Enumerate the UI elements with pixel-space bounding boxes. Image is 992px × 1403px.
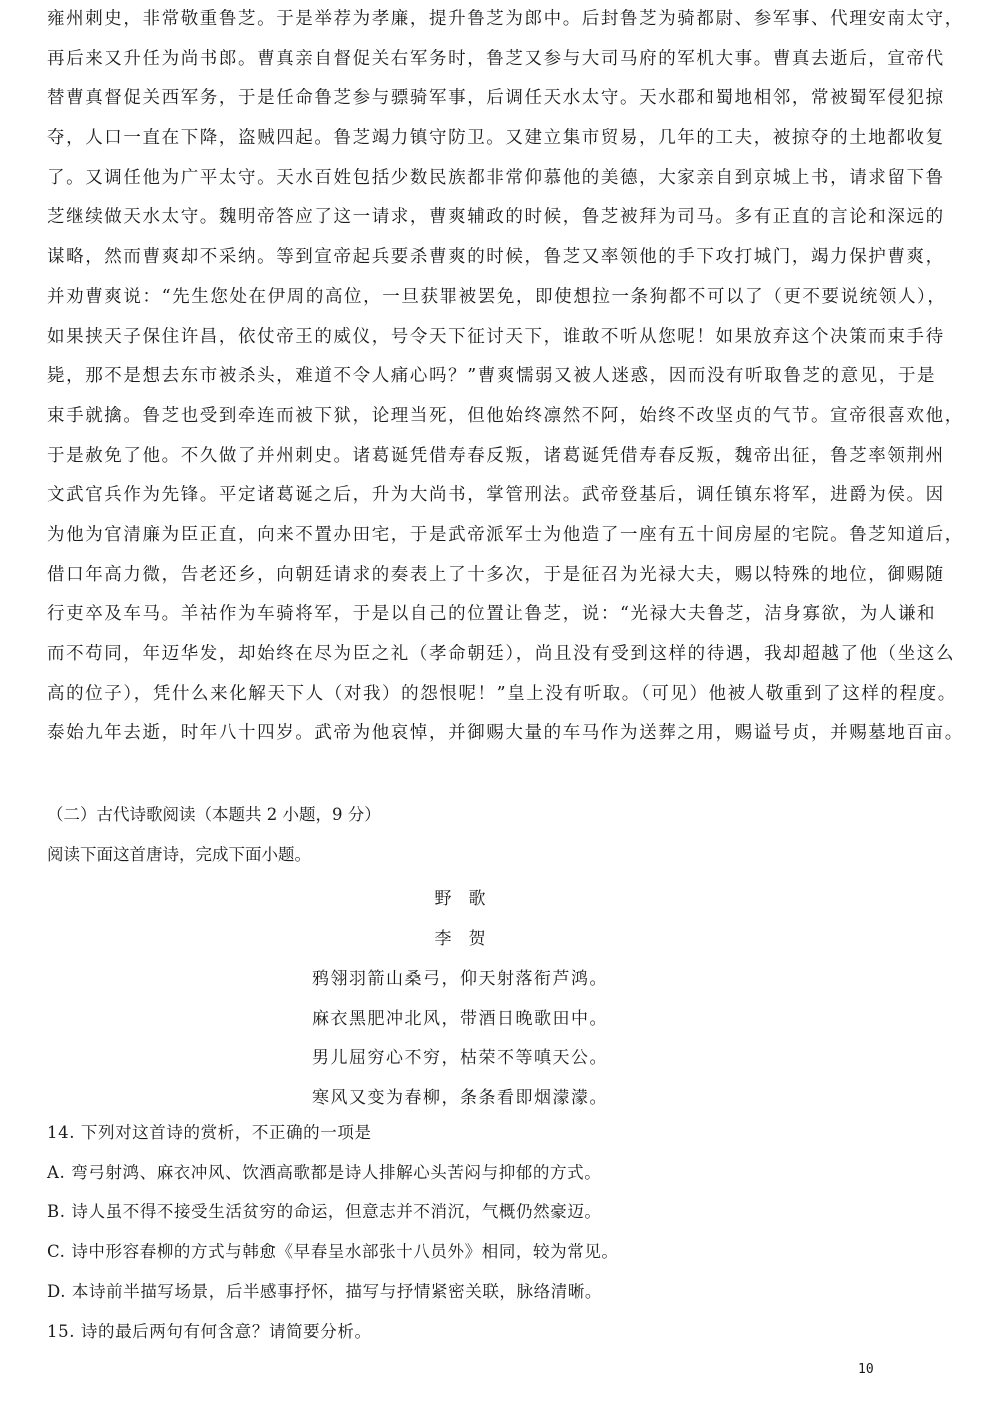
question-15-stem: 15. 诗的最后两句有何含意？请简要分析。 [47,1322,372,1342]
passage-line: 为他为官清廉为臣正直，向来不置办田宅，于是武帝派军士为他造了一座有五十间房屋的宅… [47,516,873,556]
question-14-option-d: D. 本诗前半描写场景，后半感事抒怀，描写与抒情紧密关联，脉络清晰。 [47,1282,602,1302]
passage-line: 夺，人口一直在下降，盗贼四起。鲁芝竭力镇守防卫。又建立集市贸易，几年的工夫，被掠… [47,119,873,159]
passage-line: 了。又调任他为广平太守。天水百姓包括少数民族都非常仰慕他的美德，大家亲自到京城上… [47,159,873,199]
poem-line: 鸦翎羽箭山桑弓，仰天射落衔芦鸿。 [0,964,920,989]
question-14-option-b: B. 诗人虽不得不接受生活贫穷的命运，但意志并不消沉，气概仍然豪迈。 [47,1202,602,1222]
passage-line: 于是赦免了他。不久做了并州刺史。诸葛诞凭借寿春反叛，诸葛诞凭借寿春反叛，魏帝出征… [47,437,873,477]
question-14-option-a: A. 弯弓射鸿、麻衣冲风、饮酒高歌都是诗人排解心头苦闷与抑郁的方式。 [47,1163,601,1183]
poem-title: 野 歌 [0,884,920,909]
poem-line: 男儿屈穷心不穷，枯荣不等嗔天公。 [0,1043,920,1068]
passage-line: 雍州刺史，非常敬重鲁芝。于是举荐为孝廉，提升鲁芝为郎中。后封鲁芝为骑都尉、参军事… [47,0,873,40]
question-14-option-c: C. 诗中形容春柳的方式与韩愈《早春呈水部张十八员外》相同，较为常见。 [47,1242,619,1262]
document-page: 雍州刺史，非常敬重鲁芝。于是举荐为孝廉，提升鲁芝为郎中。后封鲁芝为骑都尉、参军事… [0,0,992,1403]
page-number: 10 [858,1362,874,1377]
section-heading: （二）古代诗歌阅读（本题共 2 小题，9 分） [47,805,381,825]
section-instruction: 阅读下面这首唐诗，完成下面小题。 [47,845,311,865]
poem-line: 寒风又变为春柳，条条看即烟濛濛。 [0,1083,920,1108]
poem-line: 麻衣黑肥冲北风，带酒日晚歌田中。 [0,1004,920,1029]
passage-line: 泰始九年去逝，时年八十四岁。武帝为他哀悼，并御赐大量的车马作为送葬之用，赐谥号贞… [47,714,873,754]
passage-line: 如果挟天子保住许昌，依仗帝王的威仪，号令天下征讨天下，谁敢不听从您呢！如果放弃这… [47,318,873,358]
passage-line: 谋略，然而曹爽却不采纳。等到宣帝起兵要杀曹爽的时候，鲁芝又率领他的手下攻打城门，… [47,238,873,278]
passage-line: 行吏卒及车马。羊祜作为车骑将军，于是以自己的位置让鲁芝，说：“光禄大夫鲁芝，洁身… [47,595,873,635]
passage-line: 束手就擒。鲁芝也受到牵连而被下狱，论理当死，但他始终凛然不阿，始终不改坚贞的气节… [47,397,873,437]
passage-line: 而不苟同，年迈华发，却始终在尽为臣之礼（孝命朝廷），尚且没有受到这样的待遇，我却… [47,635,873,675]
passage-line: 文武官兵作为先锋。平定诸葛诞之后，升为大尚书，掌管刑法。武帝登基后，调任镇东将军… [47,476,873,516]
passage-line: 高的位子），凭什么来化解天下人（对我）的怨恨呢！”皇上没有听取。（可见）他被人敬… [47,675,873,715]
passage-translation: 雍州刺史，非常敬重鲁芝。于是举荐为孝廉，提升鲁芝为郎中。后封鲁芝为骑都尉、参军事… [47,0,877,754]
passage-line: 芝继续做天水太守。魏明帝答应了这一请求，曹爽辅政的时候，鲁芝被拜为司马。多有正直… [47,198,873,238]
passage-line: 再后来又升任为尚书郎。曹真亲自督促关右军务时，鲁芝又参与大司马府的军机大事。曹真… [47,40,873,80]
passage-line: 借口年高力微，告老还乡，向朝廷请求的奏表上了十多次，于是征召为光禄大夫，赐以特殊… [47,556,873,596]
passage-line: 毙，那不是想去东市被杀头，难道不令人痛心吗？”曹爽懦弱又被人迷惑，因而没有听取鲁… [47,357,873,397]
question-14-stem: 14. 下列对这首诗的赏析，不正确的一项是 [47,1123,372,1143]
poem-author: 李 贺 [0,924,920,949]
passage-line: 并劝曹爽说：“先生您处在伊周的高位，一旦获罪被罢免，即使想拉一条狗都不可以了（更… [47,278,873,318]
passage-line: 替曹真督促关西军务，于是任命鲁芝参与骠骑军事，后调任天水太守。天水郡和蜀地相邻，… [47,79,873,119]
